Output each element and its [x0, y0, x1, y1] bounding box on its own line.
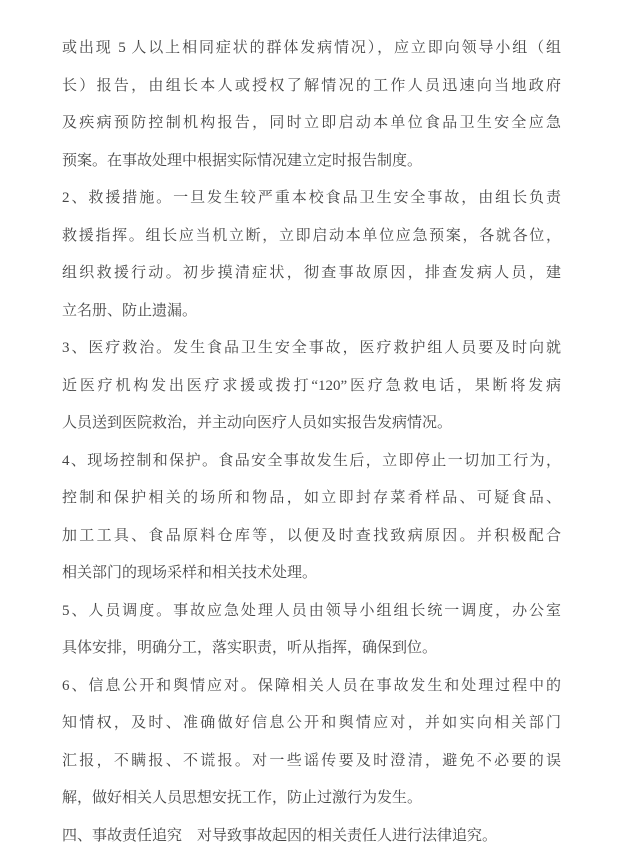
paragraph-6: 6、信息公开和舆情应对。保障相关人员在事故发生和处理过程中的知情权，及时、准确做… — [62, 668, 561, 818]
text-line: 救援指挥。组长应当机立断，立即启动本单位应急预案，各就各位， — [62, 218, 561, 256]
text-line: 知情权，及时、准确做好信息公开和舆情应对，并如实向相关部门 — [62, 705, 561, 743]
text-line: 四、事故责任追究 对导致事故起因的相关责任人进行法律追究。 — [62, 818, 561, 856]
text-line: 6、信息公开和舆情应对。保障相关人员在事故发生和处理过程中的 — [62, 668, 561, 706]
text-line: 组织救援行动。初步摸清症状，彻查事故原因，排查发病人员，建 — [62, 255, 561, 293]
paragraph-1: 或出现 5 人以上相同症状的群体发病情况），应立即向领导小组（组长）报告，由组长… — [62, 30, 561, 180]
text-line: 人员送到医院救治，并主动向医疗人员如实报告发病情况。 — [62, 405, 561, 443]
text-line: 2、救援措施。一旦发生较严重本校食品卫生安全事故，由组长负责 — [62, 180, 561, 218]
text-line: 3、医疗救治。发生食品卫生安全事故，医疗救护组人员要及时向就 — [62, 330, 561, 368]
document-page: 或出现 5 人以上相同症状的群体发病情况），应立即向领导小组（组长）报告，由组长… — [0, 0, 627, 857]
text-line: 长）报告，由组长本人或授权了解情况的工作人员迅速向当地政府 — [62, 68, 561, 106]
text-line: 具体安排，明确分工，落实职责，听从指挥，确保到位。 — [62, 630, 561, 668]
text-line: 5、人员调度。事故应急处理人员由领导小组组长统一调度，办公室 — [62, 593, 561, 631]
text-line: 或出现 5 人以上相同症状的群体发病情况），应立即向领导小组（组 — [62, 30, 561, 68]
text-line: 及疾病预防控制机构报告，同时立即启动本单位食品卫生安全应急 — [62, 105, 561, 143]
text-line: 相关部门的现场采样和相关技术处理。 — [62, 555, 561, 593]
document-body: 或出现 5 人以上相同症状的群体发病情况），应立即向领导小组（组长）报告，由组长… — [62, 30, 561, 855]
text-line: 解，做好相关人员思想安抚工作，防止过激行为发生。 — [62, 780, 561, 818]
text-line: 立名册、防止遗漏。 — [62, 293, 561, 331]
text-line: 近医疗机构发出医疗求援或拨打“120”医疗急救电话，果断将发病 — [62, 368, 561, 406]
text-line: 加工工具、食品原料仓库等，以便及时查找致病原因。并积极配合 — [62, 518, 561, 556]
paragraph-4: 4、现场控制和保护。食品安全事故发生后，立即停止一切加工行为，控制和保护相关的场… — [62, 443, 561, 593]
paragraph-3: 3、医疗救治。发生食品卫生安全事故，医疗救护组人员要及时向就近医疗机构发出医疗求… — [62, 330, 561, 443]
text-line: 4、现场控制和保护。食品安全事故发生后，立即停止一切加工行为， — [62, 443, 561, 481]
paragraph-5: 5、人员调度。事故应急处理人员由领导小组组长统一调度，办公室具体安排，明确分工，… — [62, 593, 561, 668]
text-line: 预案。在事故处理中根据实际情况建立定时报告制度。 — [62, 143, 561, 181]
paragraph-7: 四、事故责任追究 对导致事故起因的相关责任人进行法律追究。 — [62, 818, 561, 856]
text-line: 汇报，不瞒报、不谎报。对一些谣传要及时澄清，避免不必要的误 — [62, 743, 561, 781]
text-line: 控制和保护相关的场所和物品，如立即封存菜肴样品、可疑食品、 — [62, 480, 561, 518]
paragraph-2: 2、救援措施。一旦发生较严重本校食品卫生安全事故，由组长负责救援指挥。组长应当机… — [62, 180, 561, 330]
